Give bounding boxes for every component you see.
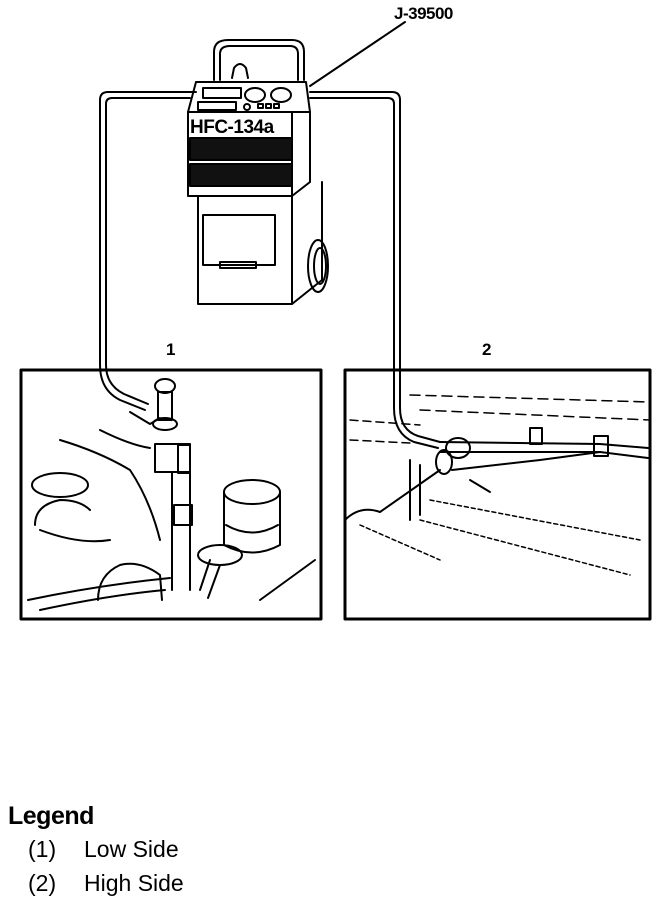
low-side-port-illustration (28, 379, 315, 610)
machine-label: HFC-134a (190, 117, 274, 139)
tool-leader-line (310, 22, 405, 86)
diagram-illustration (0, 0, 672, 906)
machine-cart (198, 182, 322, 304)
callout-1: 1 (166, 340, 175, 360)
tool-label: J-39500 (394, 4, 453, 24)
callout-2: 2 (482, 340, 491, 360)
panel-high-side (345, 370, 650, 619)
legend-item: (1)Low Side (28, 836, 179, 863)
legend-item-number: (2) (28, 870, 84, 897)
legend-item-label: Low Side (84, 836, 179, 862)
legend-item: (2)High Side (28, 870, 184, 897)
legend-title: Legend (8, 802, 94, 831)
legend-item-label: High Side (84, 870, 184, 896)
legend-item-number: (1) (28, 836, 84, 863)
low-side-hose (100, 92, 196, 410)
high-side-hose (310, 92, 440, 442)
high-side-port-illustration (345, 395, 650, 575)
